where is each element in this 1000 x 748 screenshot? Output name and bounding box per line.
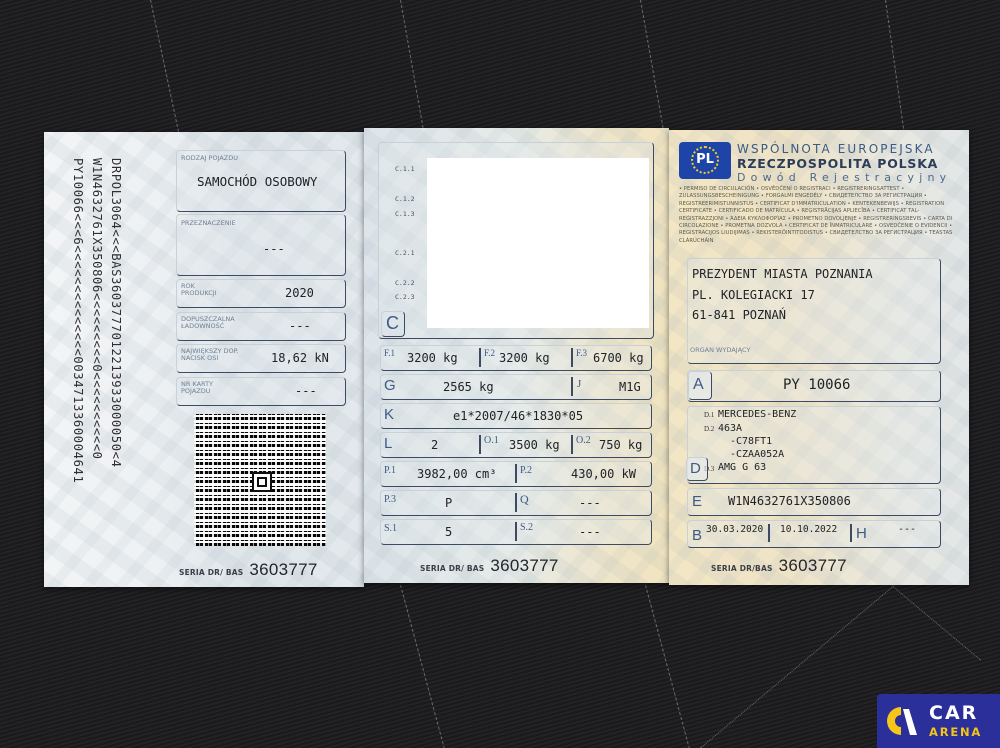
- purpose-field: Przeznaczenie ---: [176, 214, 346, 276]
- payload-value: ---: [289, 319, 311, 333]
- row-f: F.1 3200 kg F.2 3200 kg F.3 6700 kg: [380, 345, 652, 371]
- row-s: S.1 5 S.2 ---: [380, 519, 652, 545]
- vehicle-card-field: Nr karty pojazdu ---: [176, 377, 346, 406]
- mrz-line-1: DRPOL3064<<<BAS3603777012213933000050<4: [110, 158, 122, 468]
- owner-section: C.1.1 C.1.2 C.1.3 C.2.1 C.2.2 C.2.3 C: [378, 142, 654, 339]
- header-line-1: WSPÓLNOTA EUROPEJSKA: [737, 142, 935, 156]
- middle-panel: C.1.1 C.1.2 C.1.3 C.2.1 C.2.2 C.2.3 C F.…: [364, 128, 669, 583]
- serial-number: SERIA DR/BAS 3603777: [711, 556, 847, 576]
- row-k: K e1*2007/46*1830*05: [380, 403, 652, 429]
- car-arena-logo-icon: [887, 705, 917, 737]
- registration-certificate: DRPOL3064<<<BAS3603777012213933000050<4 …: [44, 130, 969, 590]
- fabric-seam: [400, 585, 445, 748]
- production-year-value: 2020: [285, 286, 314, 300]
- max-axle-load-value: 18,62 kN: [271, 351, 329, 365]
- purpose-value: ---: [263, 242, 285, 256]
- row-p1-p2: P.1 3982,00 cm³ P.2 430,00 kW: [380, 461, 652, 487]
- registration-number: PY 10066: [783, 377, 850, 393]
- row-g-j: G 2565 kg J M1G: [380, 374, 652, 400]
- registration-issue-date: 10.10.2022: [780, 524, 837, 535]
- header-line-3: Dowód Rejestracyjny: [737, 171, 951, 184]
- vehicle-card-value: ---: [295, 384, 317, 398]
- issuing-authority-field: PREZYDENT MIASTA POZNANIA PL. KOLEGIACKI…: [687, 258, 941, 364]
- left-panel: DRPOL3064<<<BAS3603777012213933000050<4 …: [44, 132, 364, 587]
- fabric-seam: [700, 580, 900, 748]
- fabric-seam: [640, 0, 665, 138]
- field-a-registration: A PY 10066: [687, 370, 941, 402]
- mrz-line-3: PY10066<<<6<<<<<<<<<<<<<<003471336000464…: [72, 158, 84, 483]
- row-p3-q: P.3 P Q ---: [380, 490, 652, 516]
- vin-value: W1N4632761X350806: [728, 494, 851, 508]
- fabric-seam: [885, 0, 906, 144]
- section-c-badge: C: [381, 311, 405, 337]
- vehicle-type-field: Rodzaj pojazdu SAMOCHÓD OSOBOWY: [176, 150, 346, 212]
- serial-number: SERIA DR/ BAS 3603777: [420, 556, 559, 576]
- machine-readable-zone: DRPOL3064<<<BAS3603777012213933000050<4 …: [58, 158, 133, 578]
- field-e-vin: E W1N4632761X350806: [687, 488, 941, 516]
- multilingual-title: • Permiso de circulación • Osvědčení o r…: [679, 186, 954, 245]
- 2d-barcode: [194, 414, 326, 546]
- first-registration-date: 30.03.2020: [706, 524, 763, 535]
- fabric-seam: [400, 0, 425, 138]
- header-line-2: RZECZPOSPOLITA POLSKA: [737, 156, 938, 171]
- production-year-field: Rok produkcji 2020: [176, 279, 346, 308]
- max-axle-load-field: Największy dop. nacisk osi 18,62 kN: [176, 344, 346, 373]
- redacted-owner-data: [427, 158, 649, 328]
- vehicle-type-value: SAMOCHÓD OSOBOWY: [197, 174, 317, 189]
- right-panel: PL WSPÓLNOTA EUROPEJSKA RZECZPOSPOLITA P…: [669, 130, 969, 585]
- row-b-i-h: B 30.03.2020 10.10.2022 H ---: [687, 520, 941, 548]
- field-d-make-model: D.1 MERCEDES-BENZ D.2 463A -C78FT1 -CZAA…: [687, 406, 941, 484]
- car-arena-watermark: CAR ARENA: [877, 694, 1000, 748]
- row-l-o: L 2 O.1 3500 kg O.2 750 kg: [380, 432, 652, 458]
- eu-flag-icon: PL: [679, 142, 731, 179]
- fabric-seam: [150, 0, 182, 147]
- serial-number: SERIA DR/ BAS 3603777: [179, 560, 318, 580]
- mrz-line-2: W1N4632761X350806<<<<<<<<<0<<<<<<<<<<0: [91, 158, 103, 460]
- payload-field: Dopuszczalna ładowność ---: [176, 312, 346, 341]
- fabric-seam: [645, 585, 690, 748]
